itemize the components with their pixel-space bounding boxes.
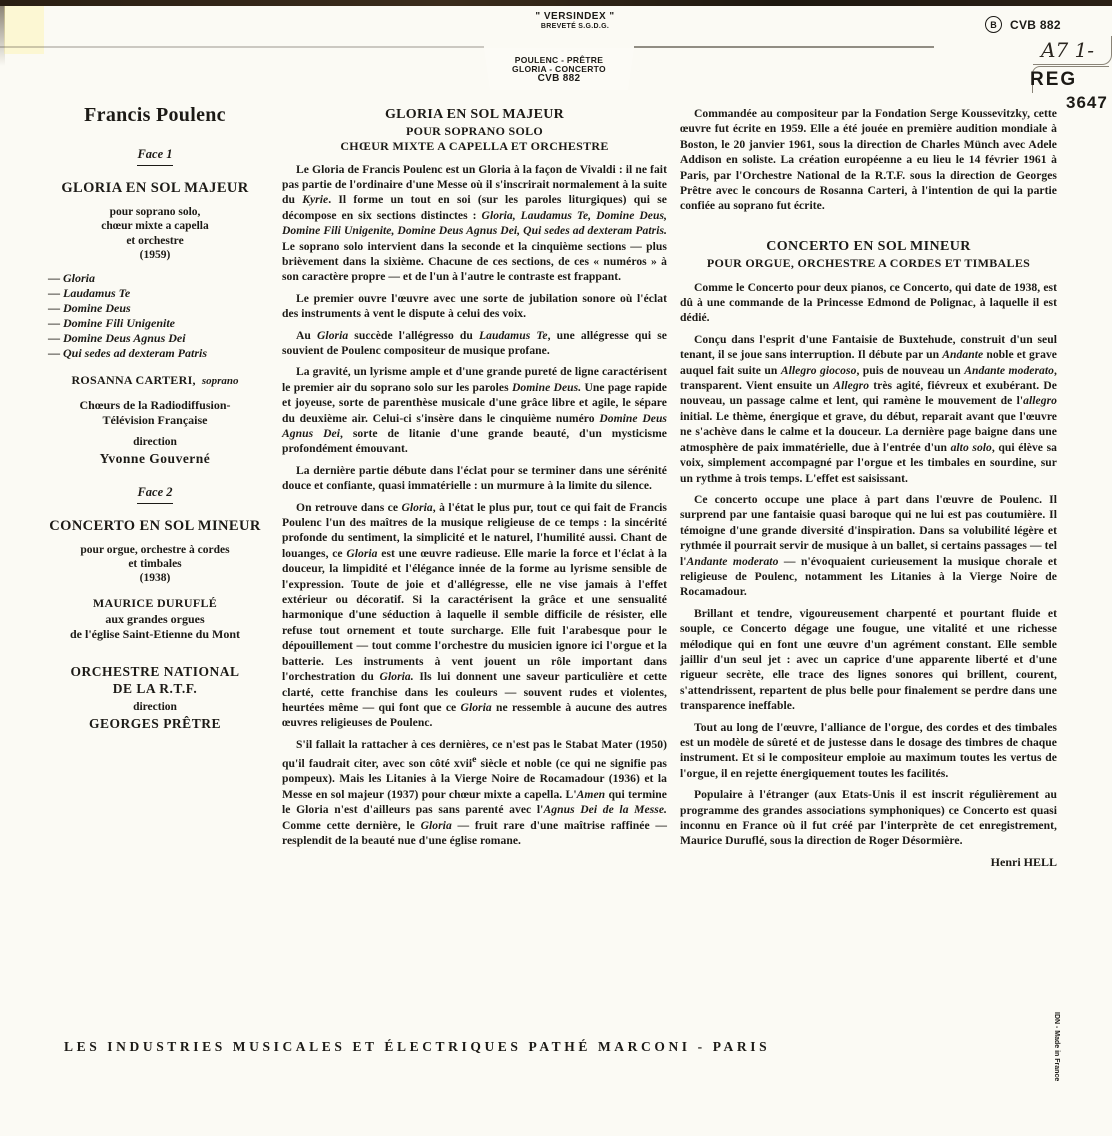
- gloria-notes-paragraph: Au Gloria succède l'allégresso du Laudam…: [282, 328, 667, 359]
- handwritten-note: A7 1-: [1033, 36, 1112, 65]
- gloria-notes-paragraph: La dernière partie débute dans l'éclat p…: [282, 463, 667, 494]
- tracklist-column: Francis Poulenc Face 1 GLORIA EN SOL MAJ…: [40, 104, 270, 732]
- composer-name: Francis Poulenc: [40, 104, 270, 127]
- section-item: — Domine Deus: [48, 301, 270, 316]
- gloria-notes-paragraph: La gravité, un lyrisme ample et d'une gr…: [282, 364, 667, 456]
- gloria-notes-paragraph: On retrouve dans ce Gloria, à l'état le …: [282, 500, 667, 731]
- gloria-notes-paragraph: S'il fallait la rattacher à ces dernière…: [282, 737, 667, 849]
- section-item: — Gloria: [48, 271, 270, 286]
- catalog-mark-icon: B: [985, 16, 1002, 33]
- face1-choir: Chœurs de la Radiodiffusion- Télévision …: [40, 398, 270, 428]
- concerto-notes-heading: CONCERTO EN SOL MINEUR POUR ORGUE, ORCHE…: [680, 238, 1057, 272]
- gloria-notes-paragraph: Le Gloria de Francis Poulenc est un Glor…: [282, 162, 667, 285]
- gloria-notes-paragraph: Le premier ouvre l'œuvre avec une sorte …: [282, 291, 667, 322]
- face2-label: Face 2: [137, 485, 172, 504]
- versindex-label: " VERSINDEX ": [520, 12, 630, 22]
- cover-top-edge: [0, 0, 1112, 6]
- reg-stamp-label: REG: [1030, 70, 1077, 89]
- face1-direction-label: direction: [40, 436, 270, 448]
- catalog-number-block: B CVB 882: [985, 16, 1061, 33]
- publisher-footer: LES INDUSTRIES MUSICALES ET ÉLECTRIQUES …: [64, 1039, 770, 1055]
- concerto-notes-column: Commandée au compositeur par la Fondatio…: [680, 106, 1057, 870]
- face1-work-subtitle: pour soprano solo, chœur mixte a capella…: [40, 205, 270, 263]
- spine-fold-line-right: [634, 46, 934, 48]
- face2-orchestra: ORCHESTRE NATIONAL DE LA R.T.F.: [40, 664, 270, 698]
- concerto-notes-body: Comme le Concerto pour deux pianos, ce C…: [680, 280, 1057, 849]
- section-item: — Qui sedes ad dexteram Patris: [48, 346, 270, 361]
- face2-direction-label: direction: [40, 701, 270, 713]
- face1-section-list: — Gloria — Laudamus Te — Domine Deus — D…: [48, 271, 270, 361]
- face2-soloist: MAURICE DURUFLÉ: [40, 596, 270, 611]
- face1-conductor: Yvonne Gouverné: [40, 451, 270, 467]
- face2-work-subtitle: pour orgue, orchestre à cordes et timbal…: [40, 543, 270, 586]
- spine-fold-line-left: [0, 46, 484, 48]
- section-item: — Domine Fili Unigenite: [48, 316, 270, 331]
- gloria-premiere-paragraph: Commandée au compositeur par la Fondatio…: [680, 106, 1057, 214]
- gloria-notes-heading: GLORIA EN SOL MAJEUR POUR SOPRANO SOLO C…: [282, 106, 667, 154]
- concerto-notes-paragraph: Ce concerto occupe une place à part dans…: [680, 492, 1057, 600]
- concerto-notes-paragraph: Tout au long de l'œuvre, l'alliance de l…: [680, 720, 1057, 782]
- catalog-number: CVB 882: [1010, 18, 1061, 32]
- gloria-notes-column: GLORIA EN SOL MAJEUR POUR SOPRANO SOLO C…: [282, 106, 667, 854]
- notes-author-signature: Henri HELL: [680, 855, 1057, 870]
- made-in-france-mark: IDN - Made in France: [1053, 1012, 1060, 1081]
- concerto-notes-paragraph: Conçu dans l'esprit d'une Fantaisie de B…: [680, 332, 1057, 486]
- face1-label: Face 1: [137, 147, 172, 166]
- concerto-notes-paragraph: Comme le Concerto pour deux pianos, ce C…: [680, 280, 1057, 326]
- face2-work-title: CONCERTO EN SOL MINEUR: [40, 518, 270, 535]
- face1-soloist: ROSANNA CARTERI,soprano: [40, 373, 270, 388]
- section-item: — Domine Deus Agnus Dei: [48, 331, 270, 346]
- section-item: — Laudamus Te: [48, 286, 270, 301]
- brevete-label: BREVETÉ S.G.D.G.: [520, 23, 630, 30]
- face2-soloist-detail: aux grandes orgues de l'église Saint-Eti…: [40, 612, 270, 642]
- concerto-notes-paragraph: Brillant et tendre, vigoureusement charp…: [680, 606, 1057, 714]
- face2-conductor: GEORGES PRÊTRE: [40, 716, 270, 732]
- face1-work-title: GLORIA EN SOL MAJEUR: [40, 180, 270, 197]
- spine-label: POULENC - PRÊTRE GLORIA - CONCERTO CVB 8…: [484, 56, 634, 84]
- gloria-notes-body: Le Gloria de Francis Poulenc est un Glor…: [282, 162, 667, 849]
- concerto-notes-paragraph: Populaire à l'étranger (aux Etats-Unis i…: [680, 787, 1057, 849]
- reg-stamp-number: 3647: [1066, 94, 1108, 111]
- versindex-stamp: " VERSINDEX " BREVETÉ S.G.D.G.: [520, 12, 630, 30]
